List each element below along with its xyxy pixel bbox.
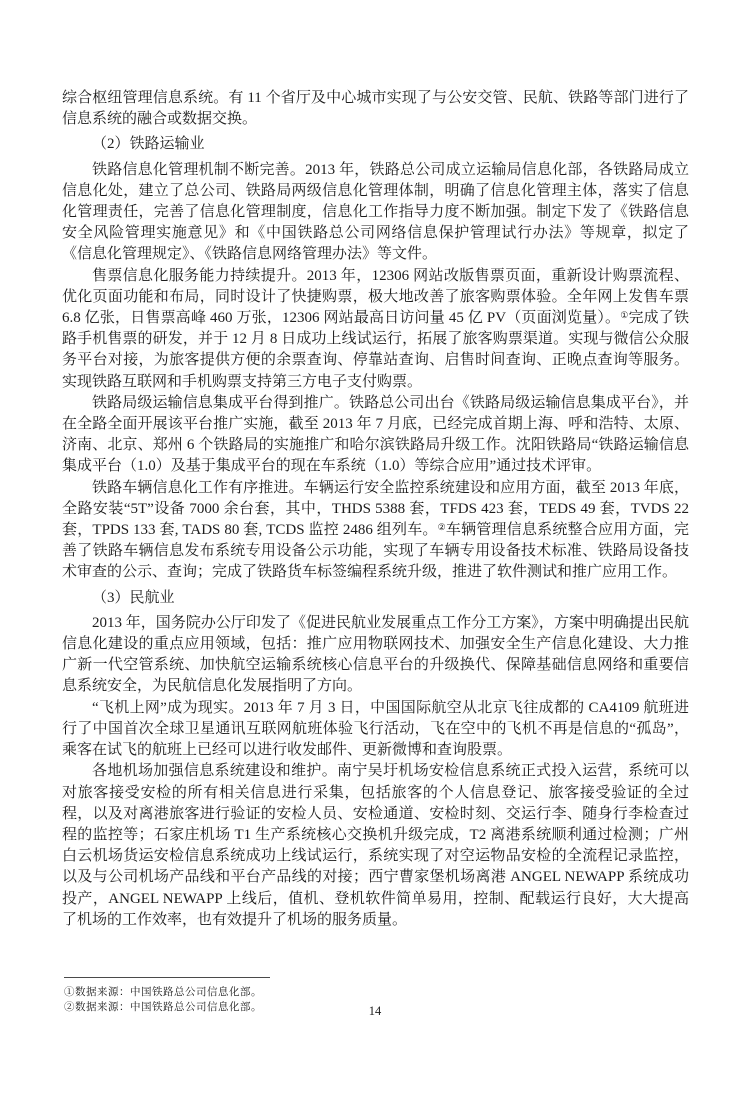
page-body-text: 综合枢纽管理信息系统。有 11 个省厅及中心城市实现了与公安交管、民航、铁路等部… <box>62 88 689 931</box>
footnote: ①数据来源：中国铁路总公司信息化部。 <box>64 985 691 1000</box>
paragraph: 铁路信息化管理机制不断完善。2013 年，铁路总公司成立运输局信息化部，各铁路局… <box>62 160 689 266</box>
paragraph: “飞机上网”成为现实。2013 年 7 月 3 日，中国国际航空从北京飞往成都的… <box>62 698 689 762</box>
document-page: 综合枢纽管理信息系统。有 11 个省厅及中心城市实现了与公安交管、民航、铁路等部… <box>0 0 750 1103</box>
paragraph: 铁路车辆信息化工作有序推进。车辆运行安全监控系统建设和应用方面，截至 2013 … <box>62 478 689 584</box>
footnote-separator <box>64 977 270 978</box>
paragraph: 综合枢纽管理信息系统。有 11 个省厅及中心城市实现了与公安交管、民航、铁路等部… <box>62 88 689 130</box>
footnote-reference-marker: ② <box>438 522 446 532</box>
page-number: 14 <box>0 1004 750 1019</box>
paragraph: 各地机场加强信息系统建设和维护。南宁吴圩机场安检信息系统正式投入运营，系统可以对… <box>62 761 689 931</box>
paragraph: 2013 年，国务院办公厅印发了《促进民航业发展重点工作分工方案》，方案中明确提… <box>62 613 689 698</box>
footnote-reference-marker: ① <box>620 310 628 320</box>
section-heading: （3）民航业 <box>62 588 689 609</box>
paragraph: 铁路局级运输信息集成平台得到推广。铁路总公司出台《铁路局级运输信息集成平台》，并… <box>62 393 689 478</box>
paragraph: 售票信息化服务能力持续提升。2013 年，12306 网站改版售票页面，重新设计… <box>62 266 689 393</box>
section-heading: （2）铁路运输业 <box>62 134 689 155</box>
